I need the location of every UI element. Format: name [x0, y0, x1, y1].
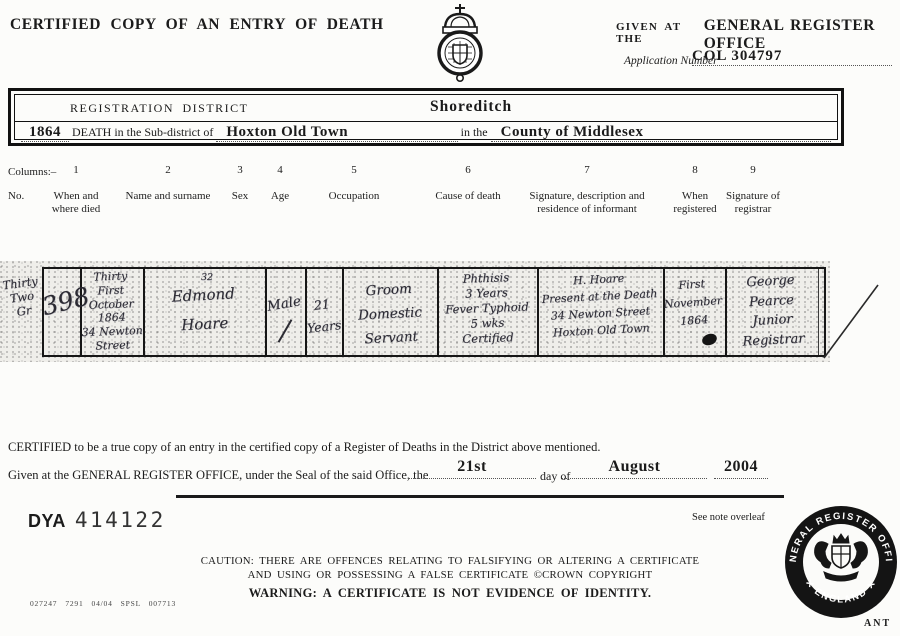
- in-the-label: in the: [458, 125, 491, 140]
- age-value: 21 Years: [301, 292, 345, 340]
- year-value: 2004: [714, 458, 768, 479]
- cause-of-death: Phthisis 3 Years Fever Typhoid 5 wks Cer…: [437, 269, 538, 347]
- month-value: August: [562, 458, 707, 479]
- general-register-office-seal: GENERAL REGISTER OFFICE ✕ ENGLAND ✕: [782, 502, 900, 624]
- subdistrict-row: 1864 DEATH in the Sub-district of Hoxton…: [15, 122, 837, 146]
- sub-district-label: DEATH in the Sub-district of: [69, 125, 216, 140]
- death-certificate-page: CERTIFIED COPY OF AN ENTRY OF DEATH GIVE…: [0, 0, 900, 636]
- registration-district-label: REGISTRATION DISTRICT: [70, 101, 249, 116]
- registration-district-box: REGISTRATION DISTRICT Shoreditch 1864 DE…: [8, 88, 844, 146]
- column-header-no: No.: [8, 190, 38, 202]
- column-header-9: 9 Signature of registrar: [708, 164, 798, 216]
- column-header-4: 4 Age: [260, 164, 300, 203]
- print-code: 027247 7291 04/04 SPSL 007713: [30, 599, 176, 608]
- given-at-statement: Given at the GENERAL REGISTER OFFICE, un…: [8, 468, 428, 483]
- district-row: REGISTRATION DISTRICT Shoreditch: [15, 95, 837, 122]
- column-header-7: 7 Signature, description and residence o…: [502, 164, 672, 216]
- occupation-value: Groom Domestic Servant: [342, 276, 438, 353]
- county-value: County of Middlesex: [491, 124, 831, 142]
- margin-note: Thirty Two Gr: [0, 273, 45, 320]
- caution-line-2: AND USING OR POSSESSING A FALSE CERTIFIC…: [130, 569, 770, 583]
- see-note-overleaf: See note overleaf: [692, 512, 765, 523]
- serial-number: 414122: [75, 508, 166, 532]
- royal-arms-icon: [424, 3, 496, 83]
- entry-year: 1864: [21, 124, 69, 142]
- column-header-2: 2 Name and surname: [103, 164, 233, 203]
- sub-district-value: Hoxton Old Town: [216, 124, 457, 142]
- serial-prefix: DYA: [28, 511, 66, 532]
- given-at-prefix: GIVEN AT THE: [616, 21, 697, 45]
- registration-district-box-inner: REGISTRATION DISTRICT Shoreditch 1864 DE…: [14, 94, 838, 140]
- when-registered: First November 1864: [660, 274, 726, 332]
- day-value: 21st: [408, 458, 536, 479]
- warning-line: WARNING: A CERTIFICATE IS NOT EVIDENCE O…: [130, 586, 770, 601]
- registrar-signature: George Pearce Junior Registrar: [724, 270, 820, 353]
- caution-block: CAUTION: THERE ARE OFFENCES RELATING TO …: [130, 555, 770, 601]
- diagonal-void-line: [812, 272, 894, 368]
- deceased-name: Edmond Hoare: [144, 278, 265, 342]
- when-where-died: Thirty First October 1864 34 Newton Stre…: [79, 269, 145, 354]
- caution-line-1: CAUTION: THERE ARE OFFENCES RELATING TO …: [130, 555, 770, 569]
- column-header-5: 5 Occupation: [309, 164, 399, 203]
- application-number-value: COL 304797: [692, 48, 892, 66]
- document-title: CERTIFIED COPY OF AN ENTRY OF DEATH: [10, 16, 384, 34]
- column-header-3: 3 Sex: [220, 164, 260, 203]
- informant-details: H. Hoare Present at the Death 34 Newton …: [532, 268, 667, 343]
- separator-rule: [176, 495, 784, 498]
- registration-district-value: Shoreditch: [430, 98, 512, 116]
- certificate-serial: DYA 414122: [28, 508, 166, 532]
- certified-statement: CERTIFIED to be a true copy of an entry …: [8, 440, 600, 455]
